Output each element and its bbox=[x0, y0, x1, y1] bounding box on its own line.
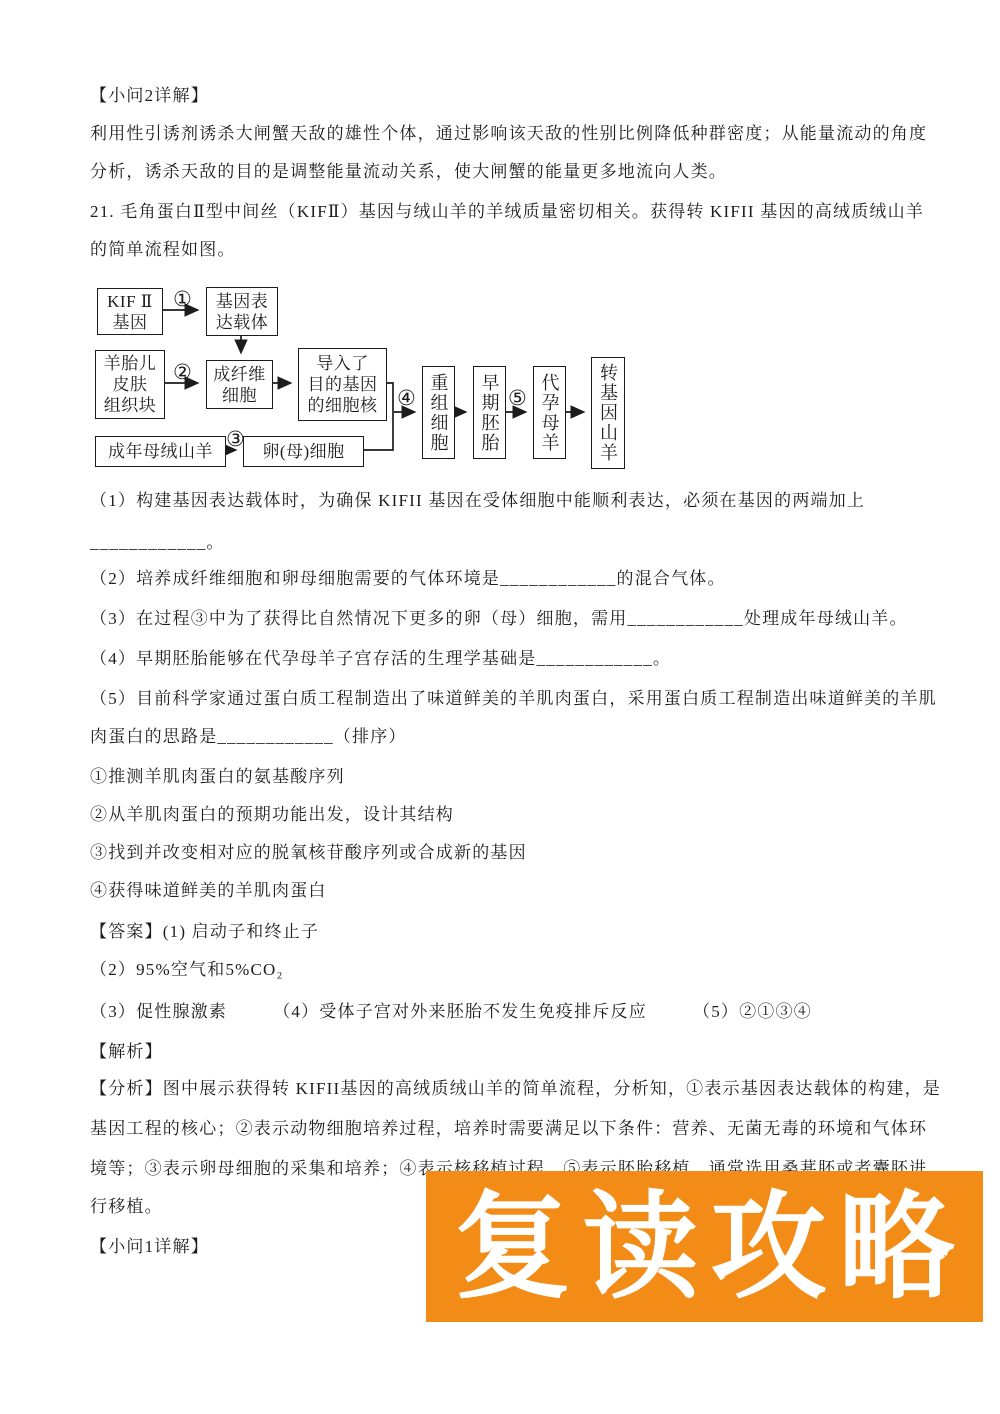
watermark-text: 复读攻略 bbox=[443, 1189, 967, 1305]
diagram-box-egg-cell: 卵(母)细胞 bbox=[243, 436, 364, 467]
diagram-box-fibroblast: 成纤维 细胞 bbox=[206, 360, 273, 409]
question5-text-line: 肉蛋白的思路是____________（排序） bbox=[90, 726, 972, 748]
analysis-line-1: 【分析】图中展示获得转 KIFII基因的高绒质绒山羊的简单流程，分析知，①表示基… bbox=[90, 1078, 972, 1100]
step4-circled-number: ④ bbox=[397, 388, 416, 409]
question4-text: （4）早期胚胎能够在代孕母羊子宫存活的生理学基础是____________。 bbox=[90, 648, 972, 670]
watermark-banner: 复读攻略 bbox=[426, 1171, 983, 1322]
step3-circled-number: ③ bbox=[226, 429, 245, 450]
diagram-box-adult-female-goat: 成年母绒山羊 bbox=[95, 436, 226, 467]
option2-text: ②从羊肌肉蛋白的预期功能出发，设计其结构 bbox=[90, 804, 972, 826]
diagram-box-nucleus-with-gene: 导入了 目的基因 的细胞核 bbox=[298, 348, 387, 421]
step5-circled-number: ⑤ bbox=[508, 388, 527, 409]
diagram-box-expression-vector: 基因表 达载体 bbox=[206, 287, 278, 336]
analysis-line-2: 基因工程的核心；②表示动物细胞培养过程，培养时需要满足以下条件：营养、无菌无毒的… bbox=[90, 1118, 972, 1140]
question3-text: （3）在过程③中为了获得比自然情况下更多的卵（母）细胞，需用__________… bbox=[90, 608, 972, 630]
exam-solution-page: 【小问2详解】 利用性引诱剂诱杀大闸蟹天敌的雄性个体，通过影响该天敌的性别比例降… bbox=[0, 0, 1000, 1414]
question21-intro-line: 21. 毛角蛋白Ⅱ型中间丝（KIFⅡ）基因与绒山羊的羊绒质量密切相关。获得转 K… bbox=[90, 201, 972, 223]
diagram-box-recombinant-cell: 重组细胞 bbox=[422, 366, 455, 459]
gene-engineering-flowchart: KIF Ⅱ 基因 基因表 达载体 羊胎儿 皮肤 组织块 成纤维 细胞 导入了 目… bbox=[0, 283, 660, 483]
step1-circled-number: ① bbox=[173, 289, 192, 310]
diagram-box-transgenic-goat: 转基因山羊 bbox=[591, 357, 625, 469]
subquestion2-line: 利用性引诱剂诱杀大闸蟹天敌的雄性个体，通过影响该天敌的性别比例降低种群密度；从能… bbox=[90, 123, 972, 145]
question2-text: （2）培养成纤维细胞和卵母细胞需要的气体环境是____________的混合气体… bbox=[90, 568, 972, 590]
answer-line-2: （2）95%空气和5%CO₂ bbox=[90, 959, 972, 981]
question5-text-line: （5）目前科学家通过蛋白质工程制造出了味道鲜美的羊肌肉蛋白，采用蛋白质工程制造出… bbox=[90, 688, 972, 710]
question21-intro-line: 的简单流程如图。 bbox=[90, 239, 972, 261]
diagram-box-kif2-gene: KIF Ⅱ 基因 bbox=[97, 288, 163, 335]
option3-text: ③找到并改变相对应的脱氧核苷酸序列或合成新的基因 bbox=[90, 842, 972, 864]
subquestion2-line: 分析，诱杀天敌的目的是调整能量流动关系，使大闸蟹的能量更多地流向人类。 bbox=[90, 161, 972, 183]
diagram-box-early-embryo: 早期胚胎 bbox=[473, 366, 506, 459]
step2-circled-number: ② bbox=[173, 362, 192, 383]
answer-line-3: （3）促性腺激素 （4）受体子宫对外来胚胎不发生免疫排斥反应 （5）②①③④ bbox=[90, 1001, 972, 1023]
option1-text: ①推测羊肌肉蛋白的氨基酸序列 bbox=[90, 766, 972, 788]
question1-text: （1）构建基因表达载体时，为确保 KIFII 基因在受体细胞中能顺利表达，必须在… bbox=[90, 490, 972, 512]
diagram-box-surrogate-ewe: 代孕母羊 bbox=[533, 366, 566, 459]
answer-line-1: 【答案】(1) 启动子和终止子 bbox=[90, 921, 972, 943]
option4-text: ④获得味道鲜美的羊肌肉蛋白 bbox=[90, 880, 972, 902]
diagram-box-fetal-skin-tissue: 羊胎儿 皮肤 组织块 bbox=[95, 350, 165, 419]
question1-blank: ____________。 bbox=[90, 532, 972, 554]
subquestion2-header: 【小问2详解】 bbox=[90, 85, 972, 107]
jiexi-header: 【解析】 bbox=[90, 1041, 972, 1063]
